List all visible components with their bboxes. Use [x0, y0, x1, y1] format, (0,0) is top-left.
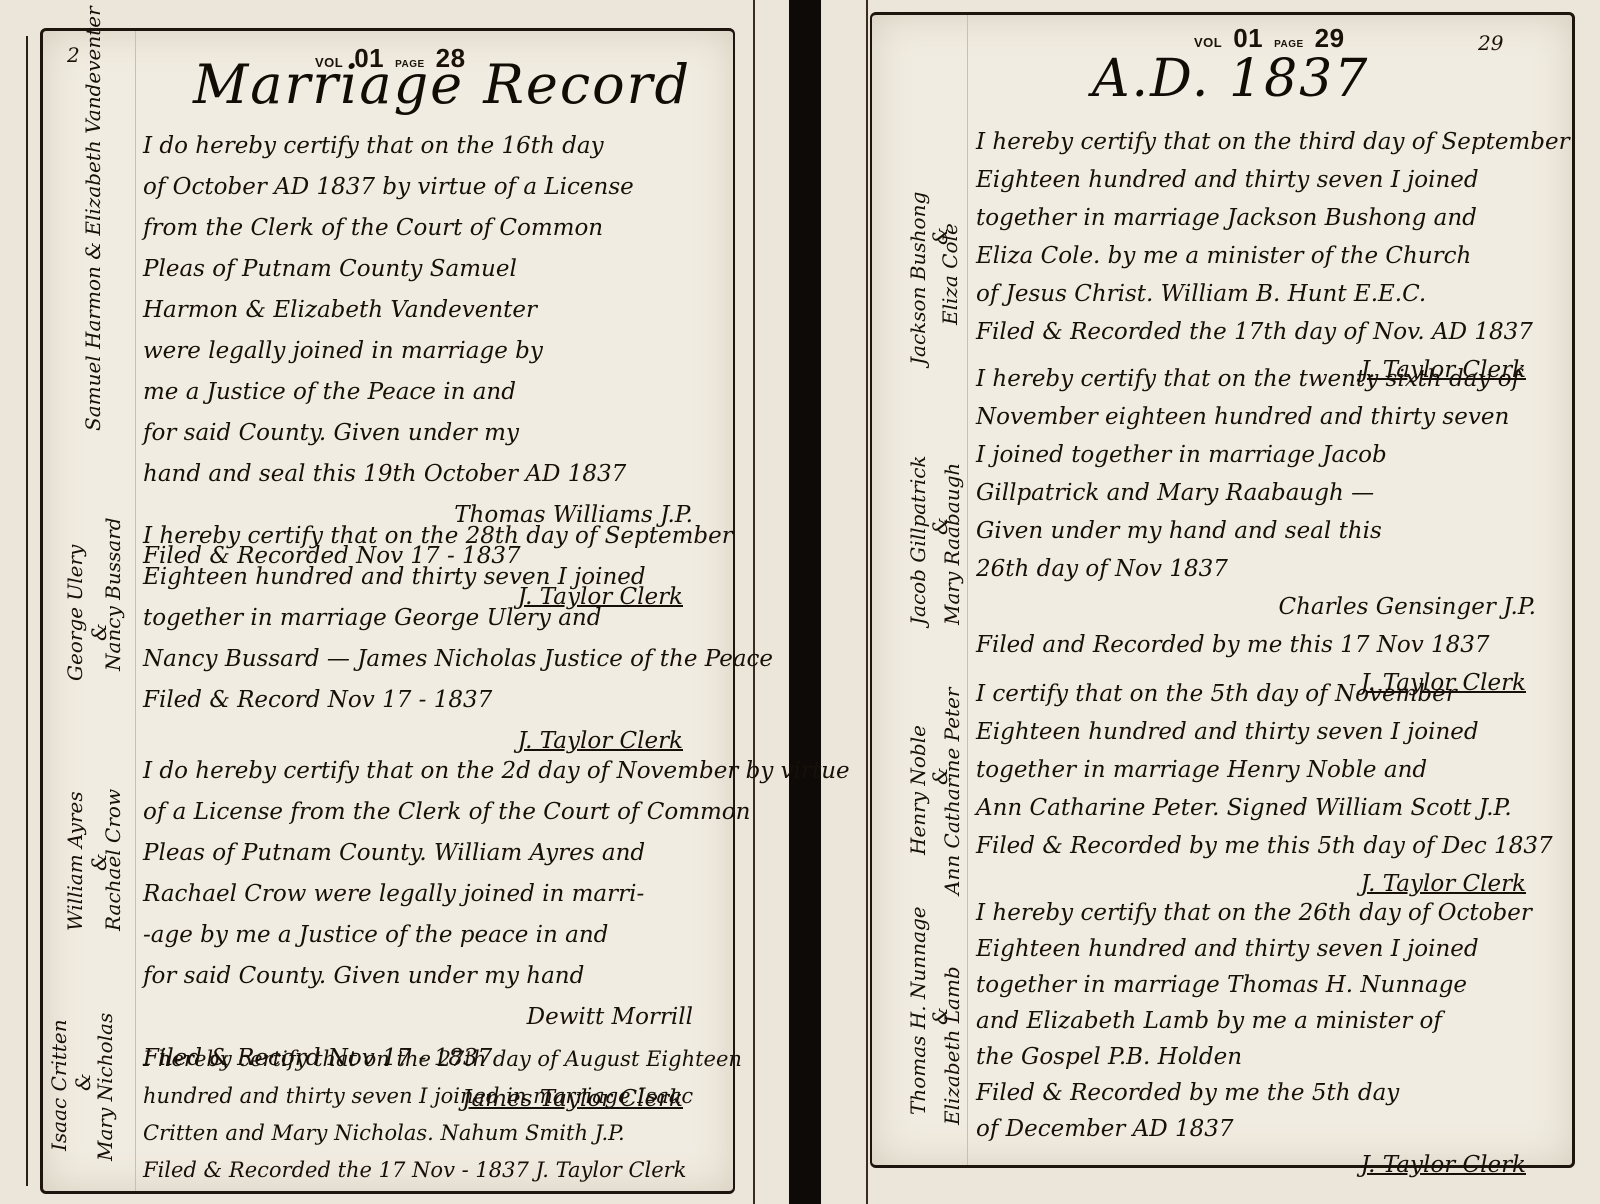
entry-line: were legally joined in marriage by	[143, 331, 723, 372]
stamp-vol-label: VOL	[1194, 35, 1222, 50]
entry-line: Given under my hand and seal this	[976, 512, 1566, 550]
entry-line: Eighteen hundred and thirty seven I join…	[976, 713, 1566, 751]
margin-name-bride-entry-4: Mary Nicholas	[93, 1013, 117, 1161]
filed-recorded-line: of December AD 1837	[976, 1111, 1566, 1147]
entry-line: I hereby certify that on the 27th day of…	[143, 1041, 723, 1078]
marriage-entry-2: I hereby certify that on the twenty sixt…	[976, 360, 1566, 702]
entry-line: I hereby certify that on the twenty sixt…	[976, 360, 1566, 398]
entry-line: I joined together in marriage Jacob	[976, 436, 1566, 474]
margin-name-groom-entry-4: Thomas H. Nunnage	[906, 906, 930, 1115]
filed-recorded-line: Filed & Record Nov 17 - 1837	[143, 680, 723, 721]
margin-name-groom-entry-3: William Ayres	[63, 791, 87, 931]
entry-line: and Elizabeth Lamb by me a minister of	[976, 1003, 1566, 1039]
margin-name-groom-entry-2: George Ulery	[63, 545, 87, 681]
entry-line: together in marriage Jackson Bushong and	[976, 199, 1566, 237]
page-number-handwritten: 29	[1478, 31, 1503, 55]
margin-names-entry-1: Samuel Harmon & Elizabeth Vandeventer	[81, 6, 105, 431]
right-page: VOL 01 PAGE 29 29 A.D. 1837 Jackson Bush…	[870, 12, 1575, 1168]
entry-line: together in marriage Thomas H. Nunnage	[976, 967, 1566, 1003]
margin-name-bride-entry-2: Mary Raabaugh	[940, 463, 964, 625]
page-number-handwritten: 2	[67, 43, 80, 67]
entry-line: I hereby certify that on the third day o…	[976, 123, 1566, 161]
entry-line: hundred and thirty seven I joined in mar…	[143, 1078, 723, 1115]
ledger-spread: 2 VOL 01 PAGE 28 Marriage Record Samuel …	[0, 0, 1600, 1204]
margin-rule	[135, 31, 136, 1191]
entry-line: Harmon & Elizabeth Vandeventer	[143, 290, 723, 331]
entry-line: for said County. Given under my	[143, 413, 723, 454]
entry-line: Gillpatrick and Mary Raabaugh —	[976, 474, 1566, 512]
filed-recorded-line: Filed & Recorded the 17th day of Nov. AD…	[976, 313, 1566, 351]
entry-line: together in marriage George Ulery and	[143, 598, 723, 639]
marriage-entry-2: I hereby certify that on the 28th day of…	[143, 516, 723, 762]
clerk-signature: J. Taylor Clerk	[976, 1147, 1566, 1183]
filed-recorded-line: Filed & Recorded by me this 5th day of D…	[976, 827, 1566, 865]
entry-line: the Gospel P.B. Holden	[976, 1039, 1566, 1075]
margin-name-bride-entry-3: Ann Catharine Peter	[940, 688, 964, 896]
entry-line: hand and seal this 19th October AD 1837	[143, 454, 723, 495]
entry-line: Filed & Recorded the 17 Nov - 1837 J. Ta…	[143, 1152, 723, 1189]
filed-recorded-line: Filed & Recorded by me the 5th day	[976, 1075, 1566, 1111]
entry-line: Eliza Cole. by me a minister of the Chur…	[976, 237, 1566, 275]
gutter-line-right	[866, 0, 868, 1204]
marriage-entry-3: I certify that on the 5th day of Novembe…	[976, 675, 1566, 903]
left-page: 2 VOL 01 PAGE 28 Marriage Record Samuel …	[40, 28, 735, 1194]
entry-line: I do hereby certify that on the 16th day	[143, 126, 723, 167]
margin-name-groom-entry-1: Jackson Bushong	[906, 192, 930, 365]
margin-name-ampersand-entry-4: &	[71, 1073, 95, 1091]
entry-line: of a License from the Clerk of the Court…	[143, 792, 723, 833]
officiant-signature: Dewitt Morrill	[143, 997, 723, 1038]
officiant-signature: Charles Gensinger J.P.	[976, 588, 1566, 626]
entry-line: Pleas of Putnam County. William Ayres an…	[143, 833, 723, 874]
entry-line: I certify that on the 5th day of Novembe…	[976, 675, 1566, 713]
entry-line: November eighteen hundred and thirty sev…	[976, 398, 1566, 436]
margin-name-bride-entry-3: Rachael Crow	[101, 789, 125, 931]
entry-line: Rachael Crow were legally joined in marr…	[143, 874, 723, 915]
entry-line: Nancy Bussard — James Nicholas Justice o…	[143, 639, 723, 680]
book-spine	[789, 0, 821, 1204]
marriage-entry-4: I hereby certify that on the 27th day of…	[143, 1041, 723, 1189]
entry-line: together in marriage Henry Noble and	[976, 751, 1566, 789]
entry-line: Pleas of Putnam County Samuel	[143, 249, 723, 290]
marriage-entry-4: I hereby certify that on the 26th day of…	[976, 895, 1566, 1183]
margin-rule	[967, 15, 968, 1165]
filed-recorded-line: Filed and Recorded by me this 17 Nov 183…	[976, 626, 1566, 664]
entry-line: I hereby certify that on the 28th day of…	[143, 516, 723, 557]
entry-line: me a Justice of the Peace in and	[143, 372, 723, 413]
margin-name-bride-entry-1: Eliza Cole	[938, 223, 962, 325]
entry-line: of Jesus Christ. William B. Hunt E.E.C.	[976, 275, 1566, 313]
margin-name-groom-entry-4: Isaac Critten	[47, 1019, 71, 1151]
entry-line: Eighteen hundred and thirty seven I join…	[976, 931, 1566, 967]
margin-name-groom-entry-3: Henry Noble	[906, 725, 930, 855]
entry-line: Ann Catharine Peter. Signed William Scot…	[976, 789, 1566, 827]
entry-line: of October AD 1837 by virtue of a Licens…	[143, 167, 723, 208]
entry-line: from the Clerk of the Court of Common	[143, 208, 723, 249]
entry-line: Critten and Mary Nicholas. Nahum Smith J…	[143, 1115, 723, 1152]
margin-name-bride-entry-4: Elizabeth Lamb	[940, 966, 964, 1125]
entry-line: 26th day of Nov 1837	[976, 550, 1566, 588]
entry-line: Eighteen hundred and thirty seven I join…	[976, 161, 1566, 199]
page-heading: Marriage Record	[193, 53, 691, 116]
marriage-entry-1: I hereby certify that on the third day o…	[976, 123, 1566, 389]
entry-line: -age by me a Justice of the peace in and	[143, 915, 723, 956]
gutter-line-left	[753, 0, 755, 1204]
entry-line: Eighteen hundred and thirty seven I join…	[143, 557, 723, 598]
margin-name-bride-entry-2: Nancy Bussard	[101, 517, 125, 671]
margin-name-groom-entry-2: Jacob Gillpatrick	[906, 455, 930, 625]
entry-line: for said County. Given under my hand	[143, 956, 723, 997]
entry-line: I do hereby certify that on the 2d day o…	[143, 751, 723, 792]
page-heading: A.D. 1837	[1092, 49, 1369, 109]
entry-line: I hereby certify that on the 26th day of…	[976, 895, 1566, 931]
